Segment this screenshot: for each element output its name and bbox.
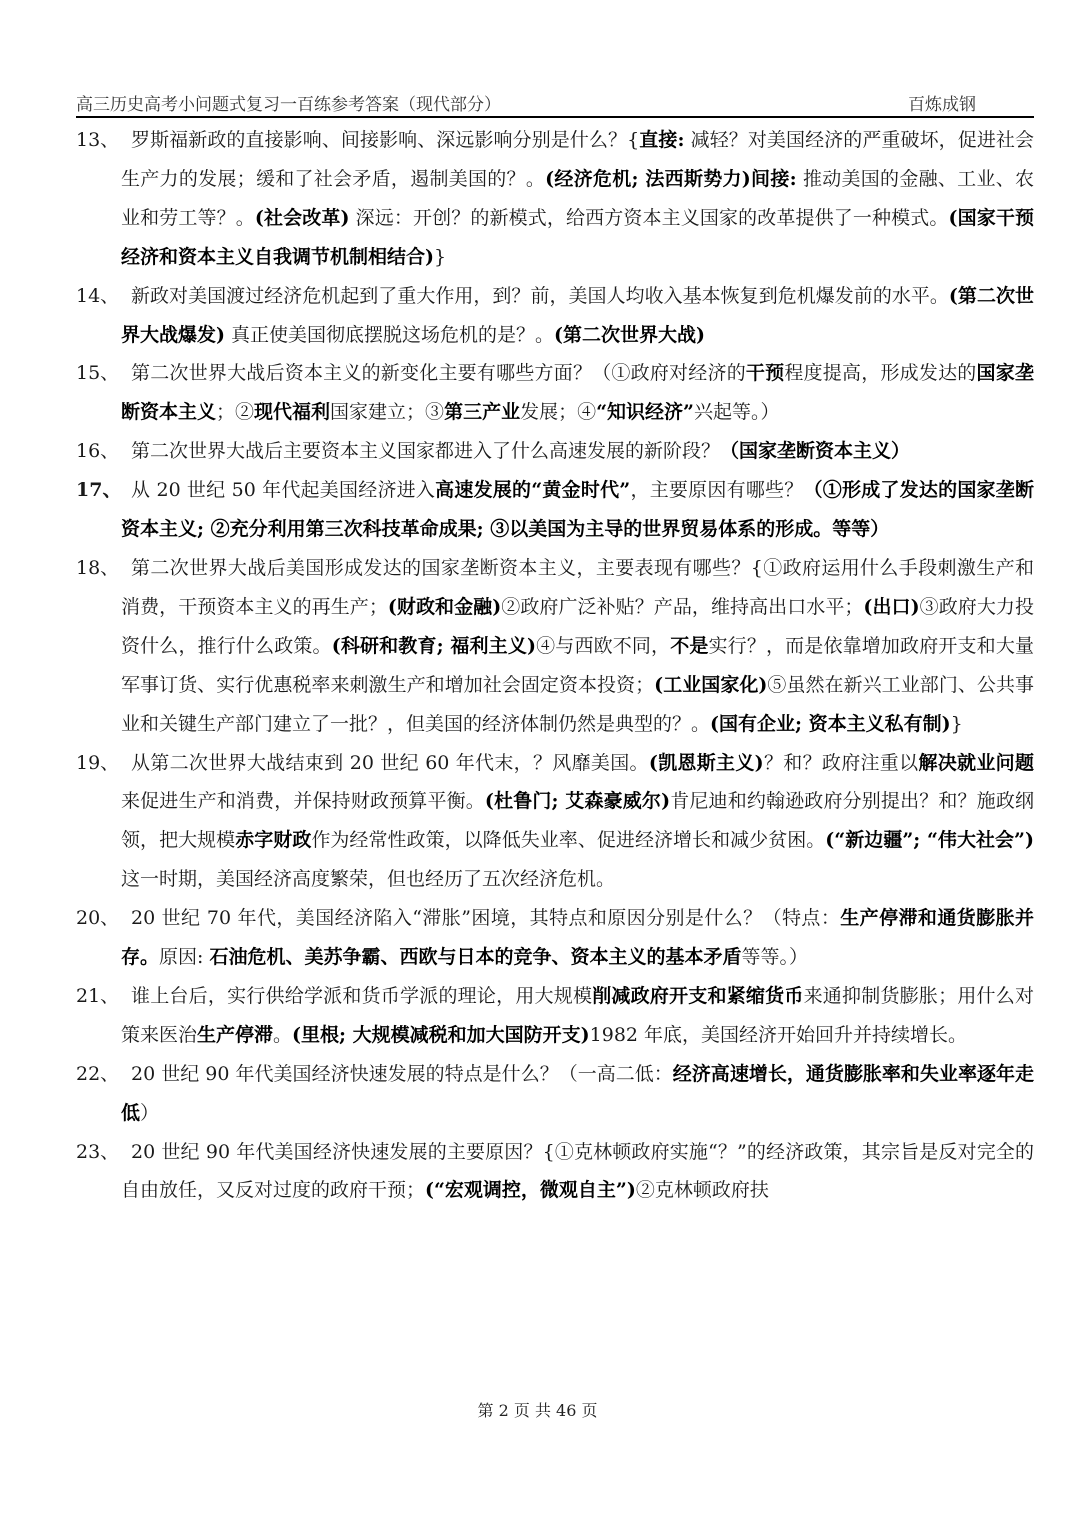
answer-text: (经济危机; 法西斯势力)间接:	[545, 168, 797, 190]
question-text: 罗斯福新政的直接影响、间接影响、深远影响分别是什么？{直接: 减轻？对美国经济的…	[121, 129, 1034, 268]
question-segment: ）	[140, 1102, 159, 1124]
question-item: 22、20 世纪 90 年代美国经济快速发展的特点是什么？（一高二低：经济高速增…	[76, 1055, 1034, 1133]
answer-text: 现代福利	[254, 401, 330, 423]
question-segment: ，主要原因有哪些？	[630, 479, 803, 501]
answer-text: (出口)	[863, 596, 919, 618]
question-number: 13、	[76, 121, 121, 160]
page-header: 高三历史高考小问题式复习一百练参考答案（现代部分） 百炼成钢	[76, 90, 1034, 116]
question-segment: }	[951, 713, 963, 735]
question-segment: 兴起等。）	[694, 401, 780, 423]
question-number: 23、	[76, 1133, 121, 1172]
answer-text: 直接:	[639, 129, 684, 151]
answer-text: (“新边疆”; “伟大社会”)	[825, 829, 1034, 851]
answer-text: 生产停滞	[197, 1024, 273, 1046]
question-item: 23、20 世纪 90 年代美国经济快速发展的主要原因？{①克林顿政府实施“？”…	[76, 1133, 1034, 1211]
header-motto: 百炼成钢	[908, 90, 976, 115]
question-segment: 这一时期，美国经济高度繁荣，但也经历了五次经济危机。	[121, 868, 615, 890]
question-segment: 来促进生产和消费，并保持财政预算平衡。	[121, 790, 485, 812]
answer-text: 解决就业问题	[918, 752, 1034, 774]
question-number: 19、	[76, 744, 121, 783]
question-segment: 第二次世界大战后资本主义的新变化主要有哪些方面？（①政府对经济的	[131, 362, 746, 384]
document-title: 高三历史高考小问题式复习一百练参考答案（现代部分）	[76, 90, 501, 115]
question-segment: 从 20 世纪 50 年代起美国经济进入	[131, 479, 435, 501]
question-segment: 。	[273, 1024, 292, 1046]
question-segment: 第二次世界大战后主要资本主义国家都进入了什么高速发展的新阶段？	[131, 440, 720, 462]
page-footer: 第 2 页 共 46 页	[0, 1398, 1075, 1421]
question-text: 谁上台后，实行供给学派和货币学派的理论，用大规模削减政府开支和紧缩货币来通抑制货…	[121, 985, 1034, 1046]
question-segment: 罗斯福新政的直接影响、间接影响、深远影响分别是什么？{	[131, 129, 639, 151]
answer-text: 高速发展的“黄金时代”	[435, 479, 630, 501]
question-item: 16、第二次世界大战后主要资本主义国家都进入了什么高速发展的新阶段？（国家垄断资…	[76, 432, 1034, 471]
question-item: 13、罗斯福新政的直接影响、间接影响、深远影响分别是什么？{直接: 减轻？对美国…	[76, 121, 1034, 277]
question-segment: 新政对美国渡过经济危机起到了重大作用，到？前，美国人均收入基本恢复到危机爆发前的…	[131, 285, 949, 307]
question-item: 18、第二次世界大战后美国形成发达的国家垄断资本主义，主要表现有哪些？{①政府运…	[76, 549, 1034, 744]
question-number: 15、	[76, 354, 121, 393]
question-number: 14、	[76, 277, 121, 316]
question-segment: ②克林顿政府扶	[636, 1179, 769, 1201]
question-item: 21、谁上台后，实行供给学派和货币学派的理论，用大规模削减政府开支和紧缩货币来通…	[76, 977, 1034, 1055]
question-segment: 等等。）	[741, 946, 808, 968]
question-number: 17、	[76, 471, 121, 510]
question-segment: 从第二次世界大战结束到 20 世纪 60 年代末，？风靡美国。	[131, 752, 649, 774]
question-segment: }	[434, 246, 446, 268]
answer-text: (凯恩斯主义)	[649, 752, 764, 774]
question-text: 从 20 世纪 50 年代起美国经济进入高速发展的“黄金时代”，主要原因有哪些？…	[121, 479, 1034, 540]
page-number: 第 2 页 共 46 页	[478, 1401, 598, 1420]
question-item: 17、从 20 世纪 50 年代起美国经济进入高速发展的“黄金时代”，主要原因有…	[76, 471, 1034, 549]
answer-text: (社会改革)	[255, 207, 350, 229]
answer-text: (第二次世界大战)	[554, 324, 705, 346]
answer-text: 赤字财政	[235, 829, 311, 851]
answer-text: (工业国家化)	[654, 674, 767, 696]
question-segment: ④与西欧不同，	[536, 635, 670, 657]
answer-text: （国家垄断资本主义）	[720, 440, 910, 462]
question-segment: 原因:	[159, 946, 209, 968]
question-text: 从第二次世界大战结束到 20 世纪 60 年代末，？风靡美国。(凯恩斯主义)？和…	[121, 752, 1034, 891]
answer-text: (国有企业; 资本主义私有制)	[710, 713, 951, 735]
question-number: 18、	[76, 549, 121, 588]
question-segment: ；②	[216, 401, 254, 423]
question-segment: 真正使美国彻底摆脱这场危机的是？。	[225, 324, 554, 346]
question-text: 第二次世界大战后美国形成发达的国家垄断资本主义，主要表现有哪些？{①政府运用什么…	[121, 557, 1034, 735]
question-number: 21、	[76, 977, 121, 1016]
question-text: 20 世纪 90 年代美国经济快速发展的主要原因？{①克林顿政府实施“？”的经济…	[121, 1141, 1034, 1202]
question-segment: 谁上台后，实行供给学派和货币学派的理论，用大规模	[131, 985, 592, 1007]
question-text: 第二次世界大战后主要资本主义国家都进入了什么高速发展的新阶段？（国家垄断资本主义…	[131, 440, 910, 462]
question-text: 新政对美国渡过经济危机起到了重大作用，到？前，美国人均收入基本恢复到危机爆发前的…	[121, 285, 1034, 346]
question-segment: 20 世纪 90 年代美国经济快速发展的特点是什么？（一高二低：	[131, 1063, 673, 1085]
question-segment: 1982 年底，美国经济开始回升并持续增长。	[590, 1024, 967, 1046]
question-segment: 程度提高，形成发达的	[784, 362, 976, 384]
answer-text: 第三产业	[444, 401, 520, 423]
question-item: 14、新政对美国渡过经济危机起到了重大作用，到？前，美国人均收入基本恢复到危机爆…	[76, 277, 1034, 355]
question-segment: 发展；④	[520, 401, 596, 423]
question-number: 22、	[76, 1055, 121, 1094]
question-item: 20、20 世纪 70 年代，美国经济陷入“滞胀”困境，其特点和原因分别是什么？…	[76, 899, 1034, 977]
question-segment: 国家建立；③	[330, 401, 444, 423]
answer-text: “知识经济”	[596, 401, 694, 423]
header-divider	[76, 116, 1034, 118]
answer-text: (杜鲁门; 艾森豪威尔)	[485, 790, 670, 812]
answer-text: (科研和教育; 福利主义)	[332, 635, 536, 657]
question-item: 19、从第二次世界大战结束到 20 世纪 60 年代末，？风靡美国。(凯恩斯主义…	[76, 744, 1034, 900]
question-number: 20、	[76, 899, 121, 938]
answer-text: (“宏观调控，微观自主”)	[425, 1179, 636, 1201]
question-segment: 作为经常性政策，以降低失业率、促进经济增长和减少贫困。	[311, 829, 825, 851]
answer-text: 石油危机、美苏争霸、西欧与日本的竞争、资本主义的基本矛盾	[209, 946, 741, 968]
question-text: 20 世纪 70 年代，美国经济陷入“滞胀”困境，其特点和原因分别是什么？（特点…	[121, 907, 1034, 968]
answer-text: (里根; 大规模减税和加大国防开支)	[292, 1024, 590, 1046]
question-segment: ②政府广泛补贴？产品，维持高出口水平；	[501, 596, 863, 618]
question-text: 20 世纪 90 年代美国经济快速发展的特点是什么？（一高二低：经济高速增长，通…	[121, 1063, 1034, 1124]
question-segment: ？和？政府注重以	[764, 752, 919, 774]
document-body: 13、罗斯福新政的直接影响、间接影响、深远影响分别是什么？{直接: 减轻？对美国…	[76, 121, 1034, 1210]
question-number: 16、	[76, 432, 121, 471]
answer-text: 削减政府开支和紧缩货币	[592, 985, 803, 1007]
answer-text: 干预	[746, 362, 784, 384]
answer-text: (财政和金融)	[388, 596, 501, 618]
answer-text: 不是	[670, 635, 708, 657]
question-item: 15、第二次世界大战后资本主义的新变化主要有哪些方面？（①政府对经济的干预程度提…	[76, 354, 1034, 432]
question-segment: 20 世纪 70 年代，美国经济陷入“滞胀”困境，其特点和原因分别是什么？（特点…	[131, 907, 840, 929]
question-text: 第二次世界大战后资本主义的新变化主要有哪些方面？（①政府对经济的干预程度提高，形…	[121, 362, 1034, 423]
question-segment: 深远：开创？的新模式，给西方资本主义国家的改革提供了一种模式。	[349, 207, 948, 229]
